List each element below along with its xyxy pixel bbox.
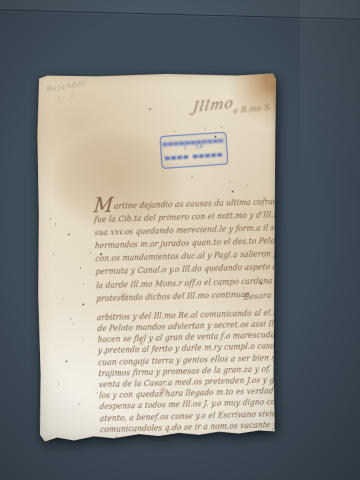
paragraph-2: arbitrios y del Ill.mo Re.al comunicando… (97, 307, 278, 443)
ink-speck (230, 182, 231, 183)
ink-speck (174, 131, 175, 132)
ink-speck (80, 267, 81, 268)
ink-speck (70, 318, 71, 319)
pencil-annotation: Bejandor v. 2 (46, 79, 88, 102)
ink-speck (79, 403, 80, 404)
ink-speck (50, 219, 51, 220)
ink-speck (55, 224, 56, 225)
paragraph-1: Martine dejandio as causas da ultima cof… (94, 195, 278, 305)
ink-speck (62, 298, 63, 299)
ink-speck (82, 303, 84, 305)
ink-speck (221, 127, 222, 128)
ink-speck (73, 323, 74, 324)
ink-speck (53, 254, 54, 255)
ink-speck (247, 185, 248, 186)
salutation-heading: Jllmo e R.mo S. (188, 89, 277, 130)
salutation-abbrev: Jllmo (192, 95, 235, 116)
ink-speck (68, 233, 70, 235)
ink-speck (232, 191, 234, 193)
ink-speck (192, 176, 193, 177)
blue-ink-stamp: ▄▄▄▄▄▄▄▄▄▄▄ 1 . 58 ▄▄▄▄ ▄▄▄▄▄ (159, 132, 228, 169)
ink-speck (149, 108, 151, 110)
manuscript-page: Bejandor v. 2 Jllmo e R.mo S. ▄▄▄▄▄▄▄▄▄▄… (37, 73, 278, 442)
manuscript-page-wrapper: Bejandor v. 2 Jllmo e R.mo S. ▄▄▄▄▄▄▄▄▄▄… (37, 73, 278, 442)
ink-speck (97, 392, 98, 393)
ink-speck (59, 384, 60, 385)
ink-speck (83, 283, 84, 284)
ink-speck (90, 252, 91, 253)
ink-speck (82, 338, 83, 339)
photograph-of-manuscript: Bejandor v. 2 Jllmo e R.mo S. ▄▄▄▄▄▄▄▄▄▄… (0, 0, 360, 480)
ink-speck (66, 360, 68, 362)
handwritten-body: Martine dejandio as causas da ultima cof… (94, 195, 278, 442)
salutation-suffix: e R.mo S. (233, 102, 272, 115)
backdrop-light-sheen (300, 0, 360, 230)
